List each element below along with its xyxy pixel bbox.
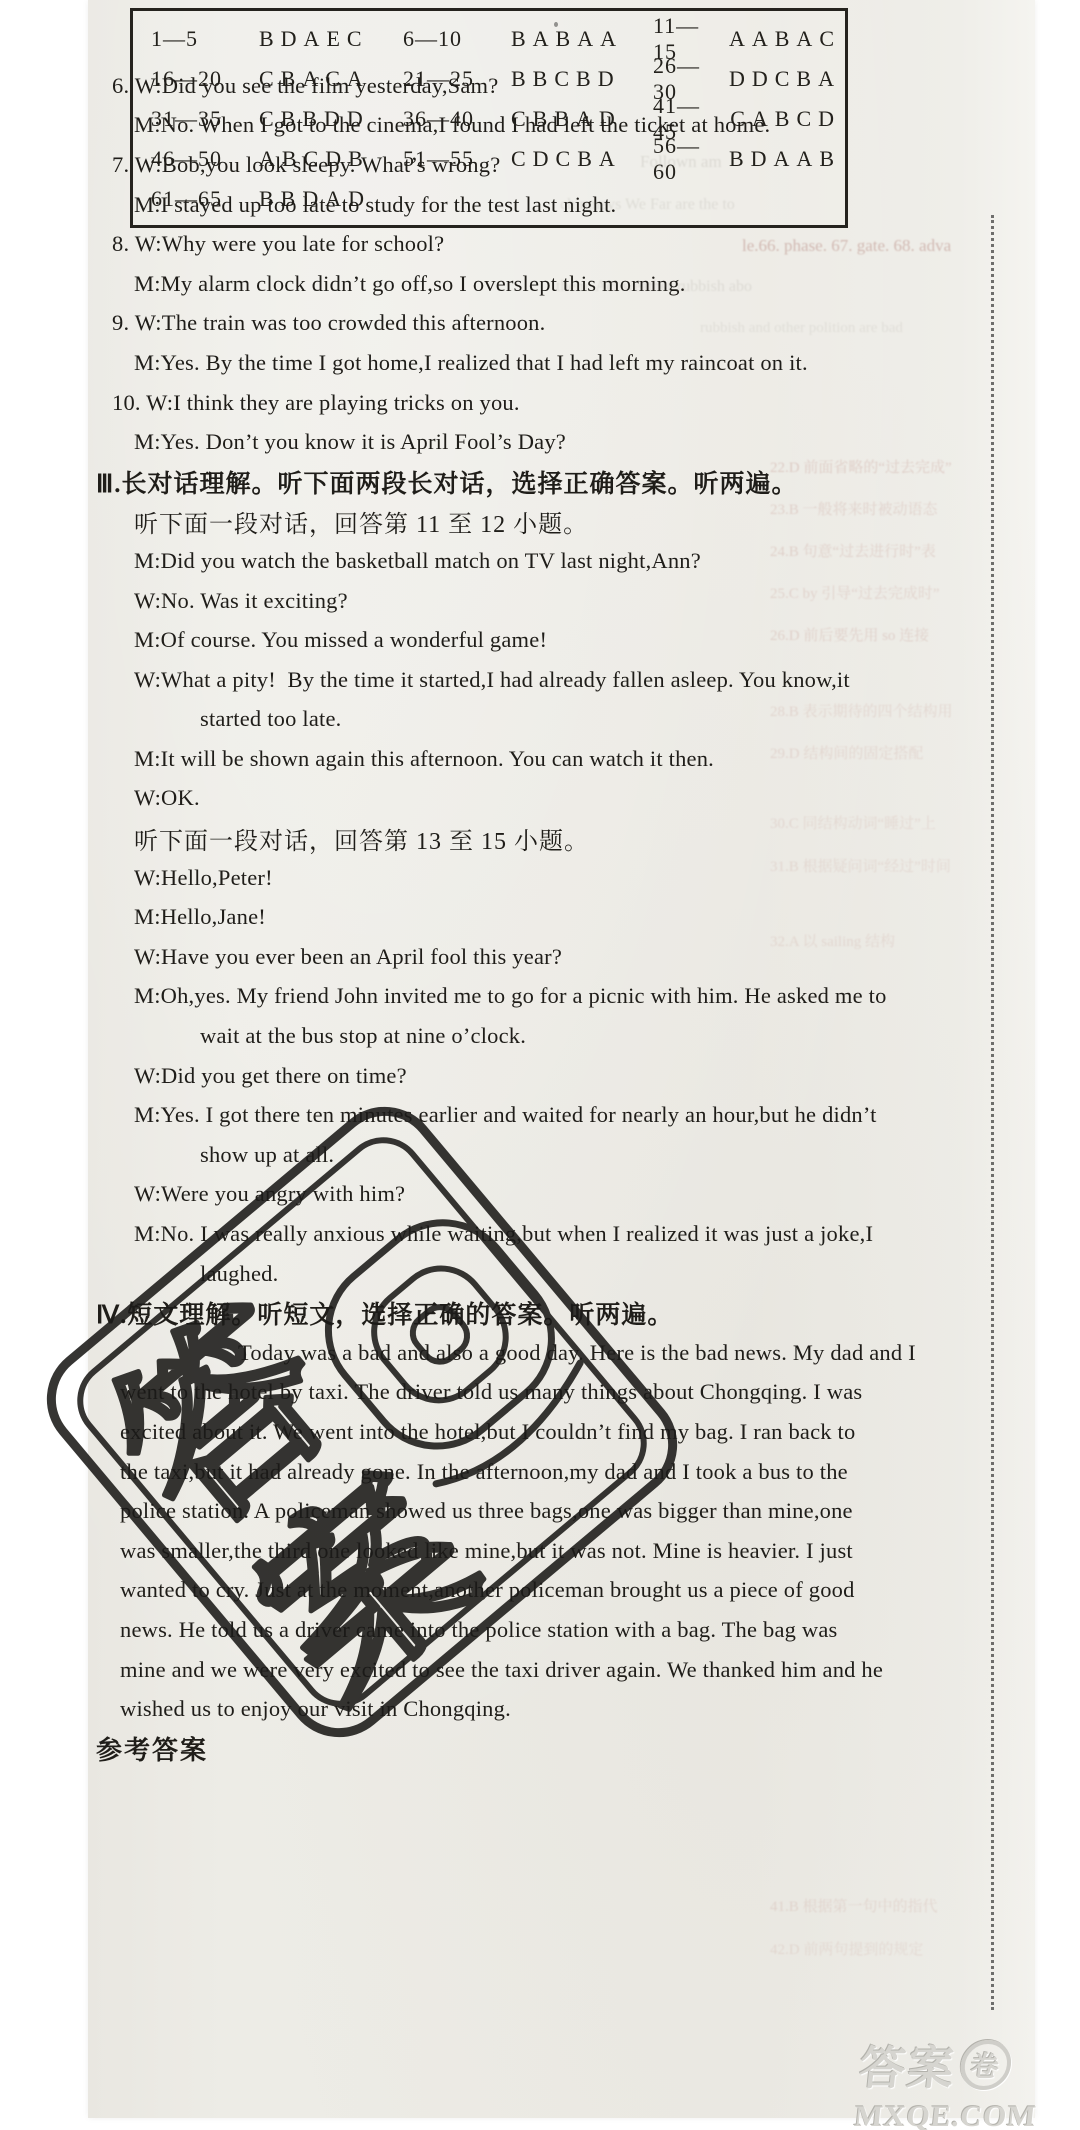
text-line: wanted to cry. Just at the moment,anothe…	[88, 1571, 1035, 1611]
text-line: M:Yes. I got there ten minutes earlier a…	[88, 1095, 1035, 1135]
text-line: W:What a pity! By the time it started,I …	[88, 660, 1035, 700]
scanned-page-photo: 6. W:Did you see the film yesterday,Sam?…	[0, 0, 1080, 2130]
text-line: 6. W:Did you see the film yesterday,Sam?	[88, 66, 1035, 106]
text-line: excited about it. We went into the hotel…	[88, 1412, 1035, 1452]
text-line: 9. W:The train was too crowded this afte…	[88, 304, 1035, 344]
text-line: M:No. When I got to the cinema,I found I…	[88, 106, 1035, 146]
text-line: Today was a bad and also a good day. Her…	[88, 1333, 1035, 1373]
text-line: 7. W:Bob,you look sleepy. What’s wrong?	[88, 145, 1035, 185]
text-line: M:I stayed up too late to study for the …	[88, 185, 1035, 225]
text-line: laughed.	[88, 1254, 1035, 1294]
text-line: started too late.	[88, 700, 1035, 740]
text-line: W:Did you get there on time?	[88, 1056, 1035, 1096]
text-line: police station. A policeman showed us th…	[88, 1491, 1035, 1531]
workbook-page: 6. W:Did you see the film yesterday,Sam?…	[88, 0, 1035, 2118]
text-line: mine and we were very excited to see the…	[88, 1650, 1035, 1690]
text-line: went to the hotel by taxi. The driver to…	[88, 1373, 1035, 1413]
text-line: M:Oh,yes. My friend John invited me to g…	[88, 977, 1035, 1017]
text-line: 听下面一段对话，回答第 11 至 12 小题。	[88, 502, 1035, 542]
text-line: Ⅲ.长对话理解。听下面两段长对话，选择正确答案。听两遍。	[88, 462, 1035, 502]
text-line: wait at the bus stop at nine o’clock.	[88, 1016, 1035, 1056]
text-line: show up at all.	[88, 1135, 1035, 1175]
listening-script-text: 6. W:Did you see the film yesterday,Sam?…	[88, 0, 1035, 1769]
text-line: wished us to enjoy our visit in Chongqin…	[88, 1689, 1035, 1729]
text-line: W:Have you ever been an April fool this …	[88, 937, 1035, 977]
text-line: W:No. Was it exciting?	[88, 581, 1035, 621]
text-line: 8. W:Why were you late for school?	[88, 224, 1035, 264]
text-line: the taxi,but it had already gone. In the…	[88, 1452, 1035, 1492]
text-line: 参考答案	[88, 1729, 1035, 1769]
text-line: M:Did you watch the basketball match on …	[88, 541, 1035, 581]
site-watermark-url: MXQE.COM	[853, 2100, 1067, 2130]
site-watermark: 答案 卷 MXQE.COM	[853, 2032, 1074, 2130]
text-line: W:Were you angry with him?	[88, 1175, 1035, 1215]
text-line: M:It will be shown again this afternoon.…	[88, 739, 1035, 779]
text-line: 10. W:I think they are playing tricks on…	[88, 383, 1035, 423]
text-line: Ⅳ.短文理解。听短文，选择正确的答案。听两遍。	[88, 1293, 1035, 1333]
text-line: M:Hello,Jane!	[88, 897, 1035, 937]
site-watermark-brand: 答案	[856, 2032, 959, 2098]
text-line: 听下面一段对话，回答第 13 至 15 小题。	[88, 818, 1035, 858]
text-line: M:Yes. Don’t you know it is April Fool’s…	[88, 422, 1035, 462]
text-line: M:My alarm clock didn’t go off,so I over…	[88, 264, 1035, 304]
text-line: M:Yes. By the time I got home,I realized…	[88, 343, 1035, 383]
site-watermark-badge: 卷	[958, 2040, 1013, 2090]
text-line: was smaller,the third one looked like mi…	[88, 1531, 1035, 1571]
text-line: news. He told us a driver came into the …	[88, 1610, 1035, 1650]
site-watermark-brand-row: 答案 卷	[856, 2032, 1073, 2098]
text-line: M:No. I was really anxious while waiting…	[88, 1214, 1035, 1254]
text-line: W:OK.	[88, 779, 1035, 819]
text-line: M:Of course. You missed a wonderful game…	[88, 620, 1035, 660]
text-line: W:Hello,Peter!	[88, 858, 1035, 898]
